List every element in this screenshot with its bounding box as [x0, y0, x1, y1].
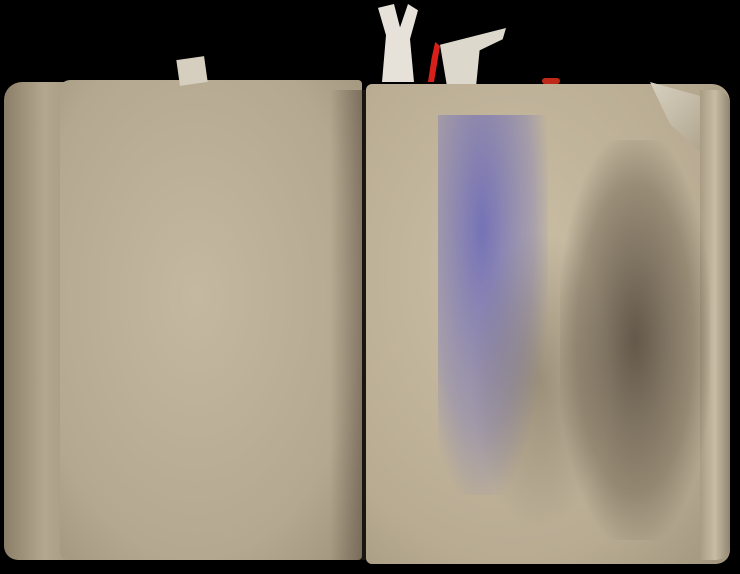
bookmark-tab-white [378, 4, 418, 82]
bookmark-tab-red-small [542, 78, 560, 84]
photo-stage [0, 0, 740, 574]
left-page-blank [60, 80, 362, 560]
book-gutter-shadow [330, 90, 370, 560]
bookmark-tab-left [176, 56, 207, 86]
bookmark-tab-red [428, 42, 440, 82]
bookmark-tab-white-2 [440, 28, 506, 84]
charcoal-scribble-faint [470, 230, 610, 530]
